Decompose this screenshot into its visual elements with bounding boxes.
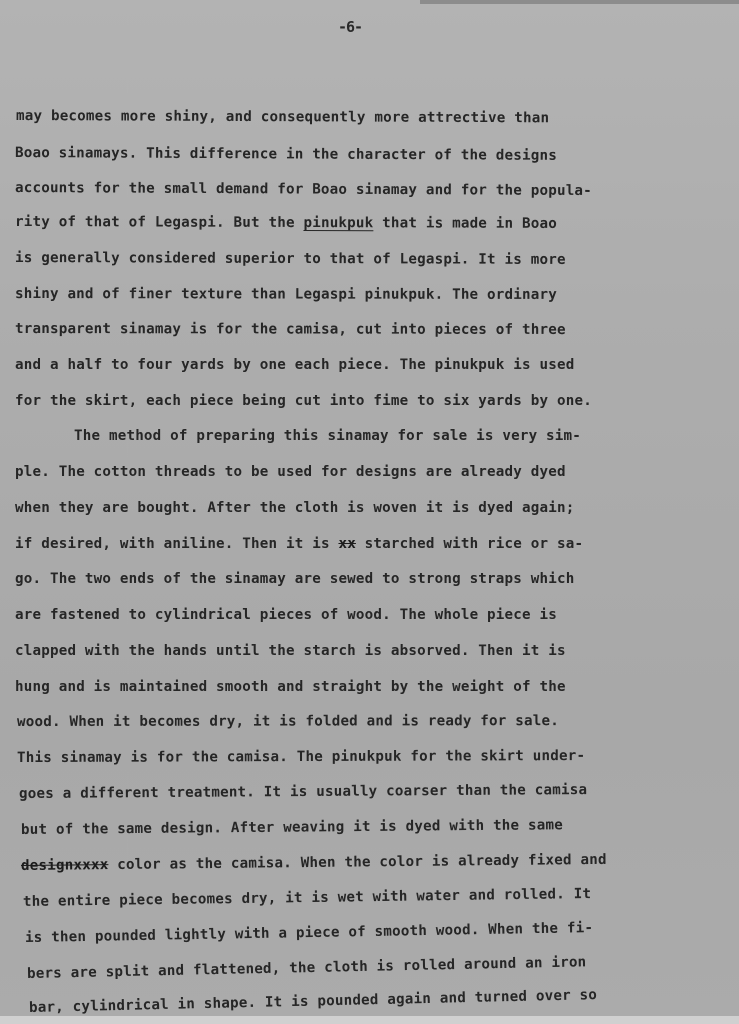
text-line-19: This sinamay is for the camisa. The pinu… (17, 748, 585, 766)
page-bottom-edge (0, 1016, 739, 1024)
text-line-1: may becomes more shiny, and consequently… (16, 108, 549, 126)
page-edge-shadow (420, 0, 739, 4)
struck-out-characters: xx (338, 536, 355, 552)
text-line-22: designxxxx color as the camisa. When the… (21, 852, 607, 874)
text-line-10-paragraph-start: The method of preparing this sinamay for… (74, 428, 581, 444)
text-line-13-start: if desired, with aniline. Then it is (15, 536, 338, 552)
text-line-26: bar, cylindrical in shape. It is pounded… (29, 987, 597, 1016)
text-line-5: is generally considered superior to that… (15, 250, 566, 268)
text-line-16: clapped with the hands until the starch … (15, 643, 566, 659)
text-line-13: if desired, with aniline. Then it is xx … (15, 536, 583, 552)
text-line-25: bers are split and flattened, the cloth … (27, 954, 587, 982)
text-line-21: but of the same design. After weaving it… (21, 817, 563, 838)
text-line-18: wood. When it becomes dry, it is folded … (17, 713, 559, 730)
text-line-2: Boao sinamays. This difference in the ch… (15, 145, 557, 164)
text-line-4: rity of that of Legaspi. But the pinukpu… (15, 214, 557, 232)
text-line-17: hung and is maintained smooth and straig… (15, 679, 566, 695)
document-page: -6- may becomes more shiny, and conseque… (0, 0, 739, 1024)
struck-out-word: designxxxx (21, 857, 109, 874)
text-line-8: and a half to four yards by one each pie… (15, 357, 574, 373)
text-line-4-end: that is made in Boao (373, 215, 557, 232)
page-number: -6- (338, 18, 362, 36)
text-line-7: transparent sinamay is for the camisa, c… (15, 321, 566, 338)
text-line-24: is then pounded lightly with a piece of … (25, 920, 593, 946)
text-line-23: the entire piece becomes dry, it is wet … (23, 886, 591, 910)
text-line-11: ple. The cotton threads to be used for d… (15, 464, 566, 480)
text-line-15: are fastened to cylindrical pieces of wo… (15, 607, 557, 623)
text-line-6: shiny and of finer texture than Legaspi … (15, 286, 557, 303)
text-line-12: when they are bought. After the cloth is… (15, 500, 574, 516)
text-line-13-end: starched with rice or sa- (356, 536, 583, 552)
text-line-20: goes a different treatment. It is usuall… (19, 782, 587, 802)
underlined-term-pinukpuk: pinukpuk (303, 215, 373, 231)
text-line-9: for the skirt, each piece being cut into… (15, 393, 592, 409)
text-line-4-start: rity of that of Legaspi. But the (15, 214, 304, 231)
text-line-3: accounts for the small demand for Boao s… (15, 180, 592, 199)
text-line-22-rest: color as the camisa. When the color is a… (108, 852, 606, 873)
text-line-14: go. The two ends of the sinamay are sewe… (15, 571, 574, 587)
